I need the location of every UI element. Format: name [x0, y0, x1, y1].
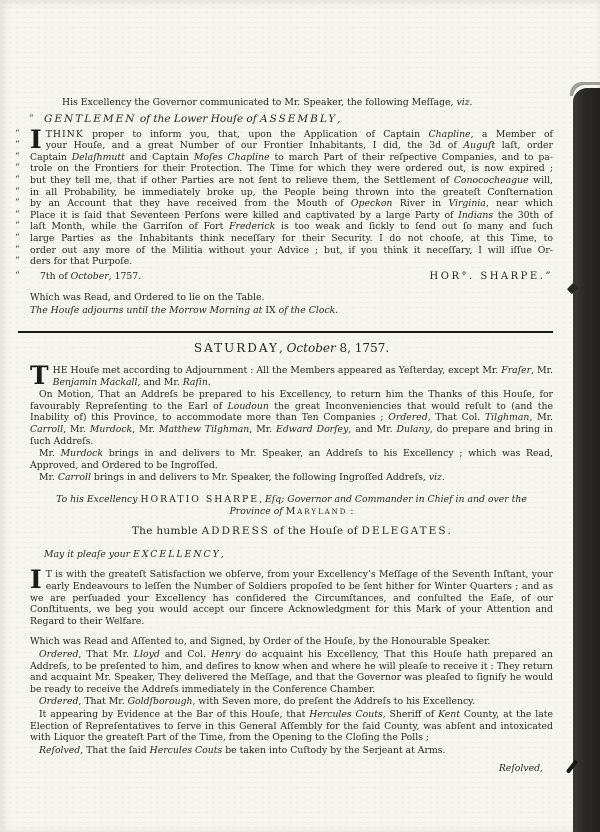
dropcap-initial: I [30, 569, 46, 590]
quote-mark: “ [15, 129, 20, 141]
catchword: Reſolved, [30, 763, 553, 775]
quote-mark: “ [15, 152, 20, 164]
message-line: “ITHINK proper to inform you, that, upon… [30, 129, 553, 141]
quote-mark: “ [15, 210, 20, 222]
signature: HOR°. SHARPE.” [430, 271, 553, 283]
paragraph-ordered-lloyd: Ordered, That Mr. Lloyd and Col. Henry d… [30, 649, 553, 695]
paragraph-carroll: Mr. Carroll brings in and delivers to Mr… [30, 472, 553, 484]
message-date: 7th of October, 1757. [30, 271, 141, 283]
message-salutation: “GENTLEMEN of the Lower Houſe of ASSEMBL… [44, 112, 553, 127]
message-line: “ders for that Purpoſe. [30, 256, 553, 268]
paragraph-murdock: Mr. Murdock brings in and delivers to Mr… [30, 448, 553, 471]
quote-mark: “ [15, 271, 20, 283]
quote-mark: “ [15, 163, 20, 175]
quote-mark: “ [15, 140, 20, 152]
message-line: “order out any more of the Militia witho… [30, 245, 553, 257]
paragraph-ordered-goldsborough: Ordered, That Mr. Goldſborough, with Sev… [30, 696, 553, 708]
intro-line: His Excellency the Governor communicated… [30, 97, 553, 109]
message-line: “but they tell me, that if other Parties… [30, 175, 553, 187]
quote-mark: “ [15, 245, 20, 257]
session-heading: SATURDAY, October 8, 1757. [30, 343, 553, 355]
scanned-document-page: His Excellency the Governor communicated… [0, 0, 600, 832]
paragraph-resolved: Reſolved, That the ſaid Hercules Couts b… [30, 745, 553, 757]
scan-gutter-artifact [573, 88, 600, 832]
message-signature-row: “ 7th of October, 1757. HOR°. SHARPE.” [30, 271, 553, 283]
paragraph-assented: Which was Read and Aſſented to, and Sign… [30, 636, 553, 648]
quote-mark: “ [15, 198, 20, 210]
address-salutation: May it pleaſe your EXCELLENCY, [44, 549, 553, 561]
page-text-block: His Excellency the Governor communicated… [30, 97, 553, 775]
message-line: “Place it is ſaid that Seventeen Perſons… [30, 210, 553, 222]
message-line: “in all Probability, be immediately brok… [30, 187, 553, 199]
message-line: “large Parties as the Inhabitants think … [30, 233, 553, 245]
message-line: “Captain Delaſhmutt and Captain Moſes Ch… [30, 152, 553, 164]
quote-mark: “ [15, 187, 20, 199]
quote-mark: “ [15, 233, 20, 245]
dropcap-initial: T [30, 365, 53, 386]
quote-mark: “ [15, 256, 20, 268]
governor-message: “GENTLEMEN of the Lower Houſe of ASSEMBL… [30, 112, 553, 283]
address-body: IT is with the greateſt Satisfaction we … [30, 569, 553, 627]
address-title: The humble ADDRESS of the Houſe of DELEG… [30, 526, 553, 538]
address-heading: To his Excellency HORATIO SHARPE, Eſq; G… [38, 494, 545, 517]
paragraph-on-motion: On Motion, That an Addreſs be prepared t… [30, 389, 553, 447]
quote-mark: “ [15, 221, 20, 233]
message-line: “by an Account that they have received f… [30, 198, 553, 210]
paragraph-it-appearing: It appearing by Evidence at the Bar of t… [30, 709, 553, 744]
read-ordered-line: Which was Read, and Ordered to lie on th… [30, 292, 553, 304]
message-line: “trole on the Frontiers for their Protec… [30, 163, 553, 175]
paragraph-house-met: THE Houſe met according to Adjournment :… [30, 365, 553, 388]
adjournment-line: The Houſe adjourns until the Morrow Morn… [30, 305, 553, 317]
message-line: “laſt Month, while the Garriſon of Fort … [30, 221, 553, 233]
quote-mark: “ [15, 175, 20, 187]
section-divider [18, 331, 553, 333]
message-body: “ITHINK proper to inform you, that, upon… [30, 129, 553, 268]
message-line: “your Houſe, and a great Number of our F… [30, 140, 553, 152]
